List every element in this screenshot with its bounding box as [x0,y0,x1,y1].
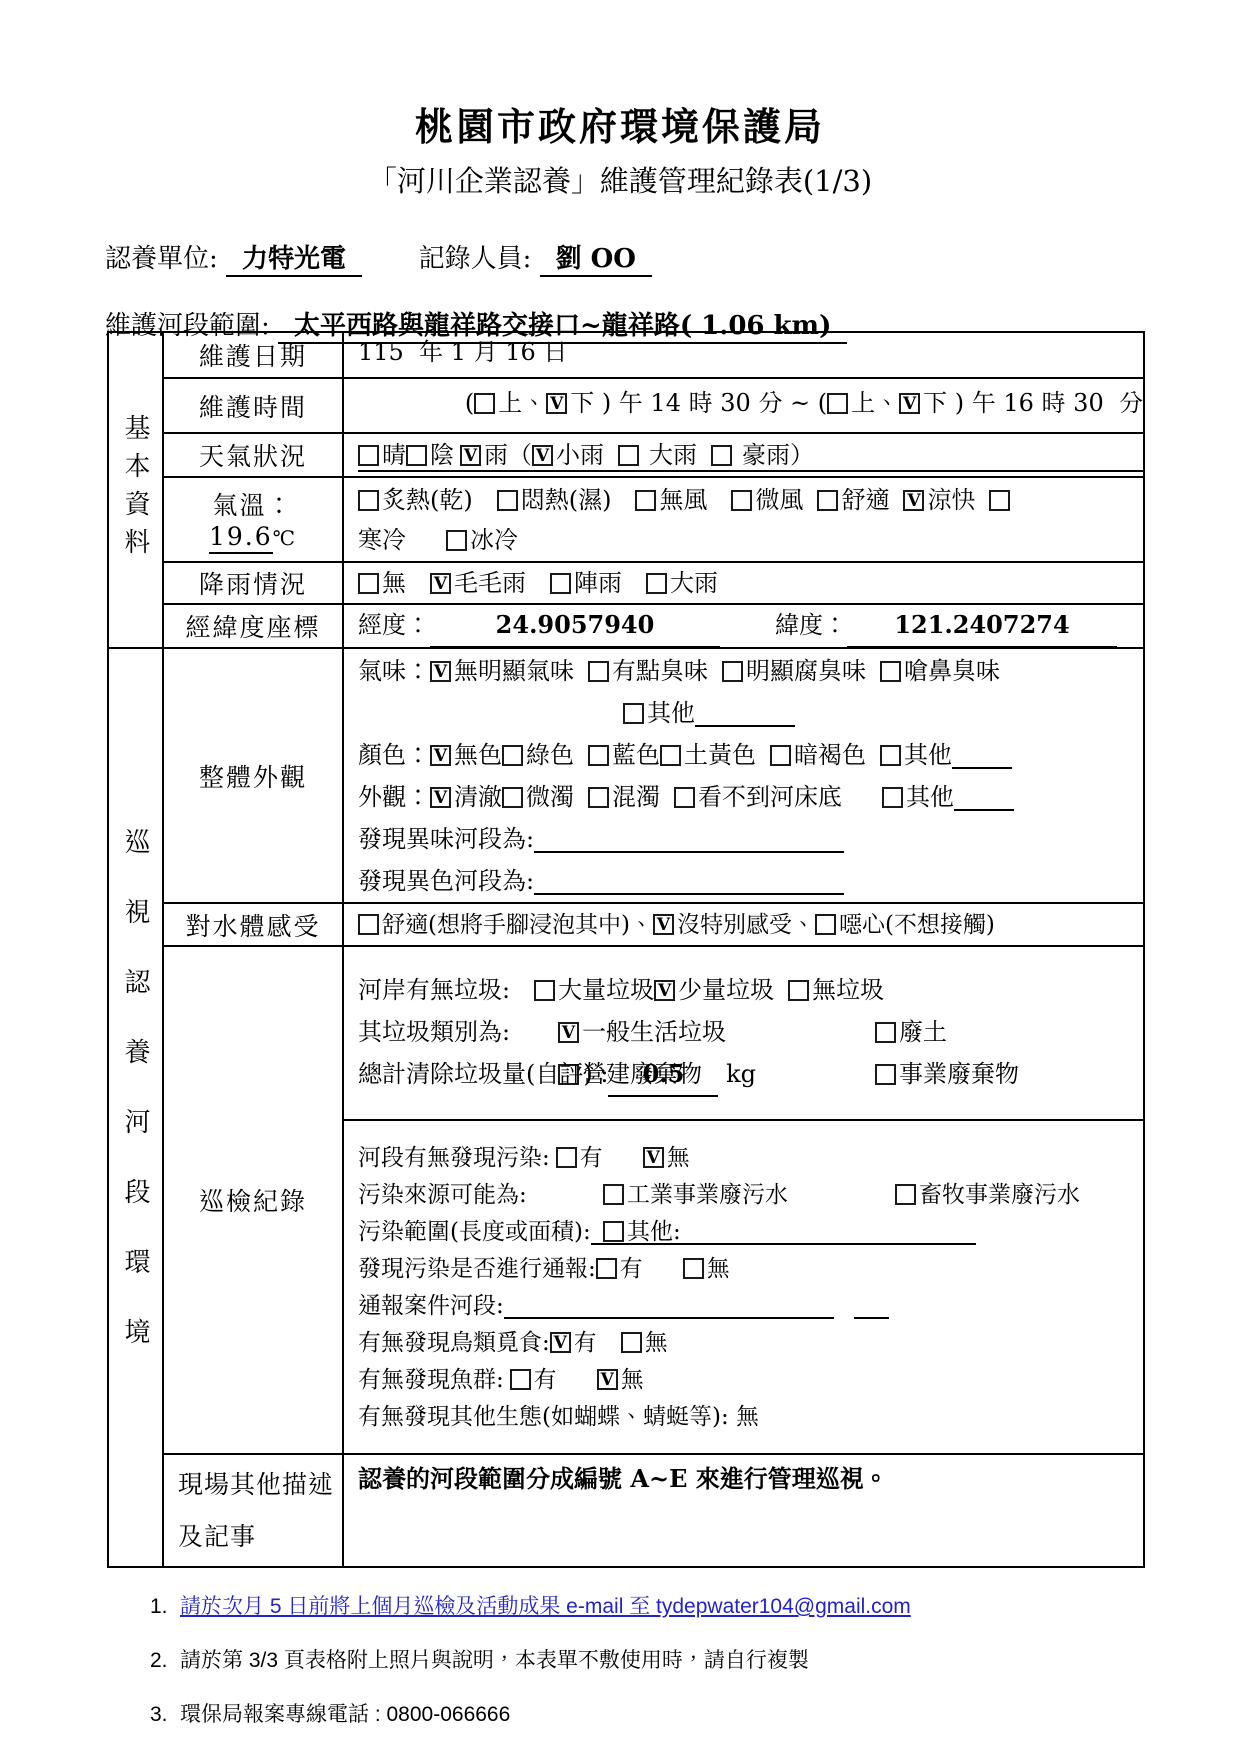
temperature-content: 炙熱(乾)悶熱(濕)無風微風舒適V涼快 寒冷冰冷 [344,478,1143,561]
look-slightly-turbid-label: 微濁 [526,783,574,811]
coordinates-label: 經緯度座標 [164,605,344,647]
email-report-link[interactable]: 請於次月 5 日前將上個月巡檢及活動成果 e-mail 至 tydepwater… [180,1590,911,1620]
checkbox-rain-none[interactable] [358,573,379,594]
trash-waste-soil-label: 廢土 [899,1018,947,1046]
temperature-label: 氣溫： [212,486,293,522]
fish-no-label: 無 [621,1367,644,1393]
checkbox-look-limpid[interactable]: V [430,787,451,808]
checkbox-time2-pm[interactable]: V [899,393,920,414]
checkbox-temp-cold[interactable] [989,490,1010,511]
other-ecology-line: 有無發現其他生態(如蝴蝶、蜻蜓等): 無 [358,1404,759,1430]
rain-heavy-label: 大雨 [670,569,718,597]
checkbox-trash-little[interactable]: V [654,980,675,1001]
pollution-block: 河段有無發現污染:有V無 污染來源可能為: 工業事業廢污水 畜牧事業廢污水 其他… [344,1119,1143,1453]
checkbox-rain-heavy[interactable] [646,573,667,594]
temp-windless-label: 無風 [659,486,707,514]
checkbox-weather-light-rain[interactable]: V [532,445,553,466]
checkbox-feel-comfortable[interactable] [358,914,379,935]
color-prefix: 顏色： [358,741,430,769]
temperature-value-line: 19.6℃ [209,522,297,554]
time-paren-open: ( [465,389,474,417]
bird-yes-label: 有 [574,1330,597,1356]
checkbox-smell-pungent[interactable] [880,661,901,682]
site-notes-value[interactable]: 認養的河段範圍分成編號 A~E 來進行管理巡視。 [358,1455,1137,1499]
pollution-range-blank2-field[interactable] [881,1219,916,1245]
weather-rain-label: 雨 [484,441,508,469]
checkbox-temp-breezy[interactable] [731,490,752,511]
checkbox-color-darkbrown[interactable] [770,745,791,766]
trash-household-label: 一般生活垃圾 [582,1018,726,1046]
unit-label: 認養單位: [105,244,218,274]
color-green-label: 綠色 [526,741,574,769]
footer-note-2-text: 請於第 3/3 頁表格附上照片與說明，本表單不敷使用時，請自行複製 [180,1644,809,1674]
footer-note-3: 3. 環保局報案專線電話 : 0800-066666 [150,1698,911,1728]
trash-type-prefix: 其垃圾類別為: [358,1018,510,1046]
header-line-unit: 認養單位: 力特光電 記錄人員: 劉 OO [0,238,1240,275]
time2-am-label: 上 [851,389,875,417]
latitude-value-field[interactable]: 121.2407274 [847,604,1117,648]
report-case-blank-field[interactable] [504,1293,834,1319]
look-other-label: 其他 [906,783,954,811]
smell-obvious-label: 明顯腐臭味 [746,657,866,685]
time2-rest: ) 午 16 時 30 分 [947,389,1143,417]
checkbox-look-slightly-turbid[interactable] [502,787,523,808]
checkbox-trash-household[interactable]: V [558,1022,579,1043]
time1-pm-label: 下 [570,389,594,417]
temp-cold-label: 寒冷 [358,526,406,554]
section-basic: 基本資料 維護日期 115 年 1 月 16 日 維護時間 (上、V下 ) 午 … [109,333,1143,647]
date-label: 維護日期 [164,333,344,377]
checkbox-smell-other[interactable] [623,703,644,724]
pollution-no-label: 無 [667,1145,690,1171]
temp-cool-label: 涼快 [927,486,975,514]
pollution-range-blank-field[interactable] [591,1219,861,1245]
rainfall-content: 無V毛毛雨陣雨大雨 [344,563,1143,603]
row-rainfall: 降雨情況 無V毛毛雨陣雨大雨 [164,561,1143,603]
report-case-blank2-field[interactable] [854,1293,889,1319]
time-content: (上、V下 ) 午 14 時 30 分 ~ (上、V下 ) 午 16 時 30 … [344,379,1143,432]
checkbox-time1-pm[interactable]: V [546,393,567,414]
rain-none-label: 無 [382,569,406,597]
odd-smell-label: 發現異味河段為: [358,825,534,853]
checkbox-trash-waste-soil[interactable] [875,1022,896,1043]
trash-lots-label: 大量垃圾 [558,976,654,1004]
footer-note-1-number: 1. [150,1595,180,1619]
weather-torrential-rain-label: 豪雨 [742,441,790,469]
row-maintenance-time: 維護時間 (上、V下 ) 午 14 時 30 分 ~ (上、V下 ) 午 16 … [164,377,1143,432]
recorder-value-field[interactable]: 劉 OO [540,244,652,277]
rain-showers-label: 陣雨 [574,569,622,597]
checkbox-color-green[interactable] [502,745,523,766]
checkbox-bird-yes[interactable]: V [550,1332,571,1353]
time1-rest: ) 午 14 時 30 分 ~ ( [594,389,827,417]
checkbox-weather-rain[interactable]: V [460,445,481,466]
row-overall-appearance: 整體外觀 氣味：V無明顯氣味有點臭味明顯腐臭味嗆鼻臭味 其他 顏色：V無色綠色藍… [164,649,1143,902]
checkbox-smell-slight[interactable] [588,661,609,682]
weather-paren-open: （ [508,441,532,469]
weather-cloudy-label: 陰 [430,441,454,469]
checkbox-bird-no[interactable] [621,1332,642,1353]
temperature-label-cell: 氣溫： 19.6℃ [164,478,344,561]
time1-am-label: 上 [498,389,522,417]
checkbox-temp-scorching[interactable] [358,490,379,511]
trash-none-label: 無垃圾 [812,976,884,1004]
row-temperature: 氣溫： 19.6℃ 炙熱(乾)悶熱(濕)無風微風舒適V涼快 寒冷冰冷 [164,476,1143,561]
time2-separator: 、 [875,389,899,417]
pollution-range-label: 污染範圍(長度或面積): [358,1219,591,1245]
look-limpid-label: 清澈 [454,783,502,811]
checkbox-time2-am[interactable] [827,393,848,414]
color-darkbrown-label: 暗褐色 [794,741,866,769]
checkbox-time1-am[interactable] [474,393,495,414]
temp-scorching-label: 炙熱(乾) [382,486,473,514]
weather-light-rain-label: 小雨 [556,441,604,469]
feel-comfortable-label: 舒適(想將手腳浸泡其中)、 [382,912,653,938]
rainfall-label: 降雨情況 [164,563,344,603]
color-other-blank-field[interactable] [952,743,1012,769]
site-notes-content: 認養的河段範圍分成編號 A~E 來進行管理巡視。 [344,1455,1143,1566]
patrol-record-label: 巡檢紀錄 [164,947,344,1453]
record-table: 基本資料 維護日期 115 年 1 月 16 日 維護時間 (上、V下 ) 午 … [107,331,1145,1568]
checkbox-feel-disgusted[interactable] [815,914,836,935]
checkbox-color-clear[interactable]: V [430,745,451,766]
footer-note-2-number: 2. [150,1649,180,1673]
site-notes-label: 現場其他描述及記事 [164,1455,344,1566]
checkbox-rain-showers[interactable] [550,573,571,594]
latitude-label: 緯度： [775,611,847,639]
footer-note-2: 2. 請於第 3/3 頁表格附上照片與說明，本表單不敷使用時，請自行複製 [150,1644,911,1674]
fish-prefix: 有無發現魚群: [358,1367,504,1393]
section-patrol: 巡視認養河段環境 整體外觀 氣味：V無明顯氣味有點臭味明顯腐臭味嗆鼻臭味 其他 … [109,647,1143,1566]
patrol-record-content: 河岸有無垃圾:大量垃圾V少量垃圾無垃圾 其垃圾類別為: V一般生活垃圾 廢土 營… [344,947,1143,1453]
water-feel-label: 對水體感受 [164,904,344,945]
checkbox-source-industrial-wastewater[interactable] [603,1184,624,1205]
unit-value-field[interactable]: 力特光電 [226,244,362,277]
page-title: 桃園市政府環境保護局 [0,0,1240,151]
checkbox-temp-freezing[interactable] [446,530,467,551]
temp-freezing-label: 冰冷 [470,526,518,554]
checkbox-fish-yes[interactable] [510,1369,531,1390]
smell-pungent-label: 嗆鼻臭味 [904,657,1000,685]
temp-breezy-label: 微風 [755,486,803,514]
time-label: 維護時間 [164,379,344,432]
look-no-riverbed-label: 看不到河床底 [698,783,842,811]
checkbox-smell-obvious[interactable] [722,661,743,682]
pollution-yes-label: 有 [580,1145,603,1171]
checkbox-report-no[interactable] [683,1258,704,1279]
time1-separator: 、 [522,389,546,417]
pollution-prefix: 河段有無發現污染: [358,1145,550,1171]
weather-sunny-label: 晴 [382,441,406,469]
row-weather: 天氣狀況 晴陰V雨（V小雨大雨豪雨） [164,432,1143,476]
source-livestock-wastewater-label: 畜牧事業廢污水 [919,1182,1080,1208]
feel-neutral-label: 沒特別感受、 [677,912,815,938]
rain-drizzle-label: 毛毛雨 [454,569,526,597]
checkbox-weather-heavy-rain[interactable] [618,445,639,466]
smell-slight-label: 有點臭味 [612,657,708,685]
checkbox-color-blue[interactable] [588,745,609,766]
checkbox-trash-none[interactable] [788,980,809,1001]
checkbox-temp-muggy[interactable] [497,490,518,511]
odd-smell-blank-field[interactable] [534,827,844,853]
weather-heavy-rain-label: 大雨 [649,441,697,469]
feel-disgusted-label: 噁心(不想接觸) [839,912,995,938]
color-clear-label: 無色 [454,741,502,769]
pollution-source-prefix: 污染來源可能為: [358,1182,527,1208]
report-yes-label: 有 [620,1256,643,1282]
bird-prefix: 有無發現鳥類覓食: [358,1330,550,1356]
odd-color-blank-field[interactable] [534,869,844,895]
appearance-content: 氣味：V無明顯氣味有點臭味明顯腐臭味嗆鼻臭味 其他 顏色：V無色綠色藍色土黃色暗… [344,649,1143,902]
weather-label: 天氣狀況 [164,434,344,476]
temp-muggy-label: 悶熱(濕) [521,486,612,514]
section-basic-label-cell: 基本資料 [109,333,164,647]
checkbox-report-yes[interactable] [596,1258,617,1279]
checkbox-source-livestock-wastewater[interactable] [895,1184,916,1205]
color-yellow-label: 土黃色 [684,741,756,769]
smell-none-label: 無明顯氣味 [454,657,574,685]
footer-notes: 1. 請於次月 5 日前將上個月巡檢及活動成果 e-mail 至 tydepwa… [150,1590,911,1752]
checkbox-temp-windless[interactable] [635,490,656,511]
weather-paren-close: ） [790,441,814,469]
checkbox-rain-drizzle[interactable]: V [430,573,451,594]
coordinates-content: 經度：24.9057940緯度：121.2407274 [344,605,1143,647]
checkbox-fish-no[interactable]: V [597,1369,618,1390]
smell-other-blank-field[interactable] [695,701,795,727]
page-subtitle: 「河川企業認養」維護管理紀錄表(1/3) [0,159,1240,200]
checkbox-look-other[interactable] [882,787,903,808]
row-coordinates: 經緯度座標 經度：24.9057940緯度：121.2407274 [164,603,1143,647]
report-no-label: 無 [707,1256,730,1282]
source-industrial-wastewater-label: 工業事業廢污水 [627,1182,788,1208]
section-patrol-label-cell: 巡視認養河段環境 [109,649,164,1566]
form-page: 桃園市政府環境保護局 「河川企業認養」維護管理紀錄表(1/3) 認養單位: 力特… [0,0,1240,1754]
row-patrol-record: 巡檢紀錄 河岸有無垃圾:大量垃圾V少量垃圾無垃圾 其垃圾類別為: V一般生活垃圾… [164,945,1143,1453]
time2-pm-label: 下 [923,389,947,417]
trash-little-label: 少量垃圾 [678,976,774,1004]
temperature-unit: ℃ [273,526,297,550]
pollution-report-prefix: 發現污染是否進行通報: [358,1256,596,1282]
recorder-label: 記錄人員: [419,244,532,274]
trash-total-value-field[interactable]: 0.5 [608,1053,718,1097]
footer-note-3-number: 3. [150,1703,180,1727]
trash-total-label: 總計清除垃圾量(自評) : [358,1060,608,1088]
checkbox-color-other[interactable] [880,745,901,766]
checkbox-weather-sunny[interactable] [358,445,379,466]
longitude-label: 經度： [358,611,430,639]
section-patrol-rows: 整體外觀 氣味：V無明顯氣味有點臭味明顯腐臭味嗆鼻臭味 其他 顏色：V無色綠色藍… [164,649,1143,1566]
look-prefix: 外觀： [358,783,430,811]
checkbox-smell-none[interactable]: V [430,661,451,682]
checkbox-look-turbid[interactable] [588,787,609,808]
report-case-label: 通報案件河段: [358,1293,504,1319]
section-basic-label: 基本資料 [117,414,154,566]
checkbox-feel-neutral[interactable]: V [653,914,674,935]
row-water-feel: 對水體感受 舒適(想將手腳浸泡其中)、V沒特別感受、噁心(不想接觸) [164,902,1143,945]
color-blue-label: 藍色 [612,741,660,769]
look-other-blank-field[interactable] [954,785,1014,811]
smell-other-label: 其他 [647,699,695,727]
color-other-label: 其他 [904,741,952,769]
checkbox-temp-cool[interactable]: V [903,490,924,511]
bird-no-label: 無 [645,1330,668,1356]
temperature-value-field[interactable]: 19.6 [209,522,273,554]
checkbox-temp-comfortable[interactable] [817,490,838,511]
checkbox-color-yellow[interactable] [660,745,681,766]
trash-prefix: 河岸有無垃圾: [358,976,510,1004]
checkbox-weather-torrential-rain[interactable] [711,445,732,466]
appearance-label: 整體外觀 [164,649,344,902]
checkbox-trash-lots[interactable] [534,980,555,1001]
footer-note-1: 1. 請於次月 5 日前將上個月巡檢及活動成果 e-mail 至 tydepwa… [150,1590,911,1620]
checkbox-pollution-no[interactable]: V [643,1147,664,1168]
checkbox-pollution-yes[interactable] [556,1147,577,1168]
section-basic-rows: 維護日期 115 年 1 月 16 日 維護時間 (上、V下 ) 午 14 時 … [164,333,1143,647]
longitude-value-field[interactable]: 24.9057940 [430,604,720,648]
temp-comfortable-label: 舒適 [841,486,889,514]
look-turbid-label: 混濁 [612,783,660,811]
footer-note-3-text: 環保局報案專線電話 : 0800-066666 [180,1698,510,1728]
section-patrol-label: 巡視認養河段環境 [117,828,154,1388]
smell-prefix: 氣味： [358,657,430,685]
row-site-notes: 現場其他描述及記事 認養的河段範圍分成編號 A~E 來進行管理巡視。 [164,1453,1143,1566]
checkbox-weather-cloudy[interactable] [406,445,427,466]
trash-total-unit: kg [726,1060,756,1088]
weather-content: 晴陰V雨（V小雨大雨豪雨） [344,434,1143,476]
water-feel-content: 舒適(想將手腳浸泡其中)、V沒特別感受、噁心(不想接觸) [344,904,1143,945]
checkbox-look-no-riverbed[interactable] [674,787,695,808]
odd-color-label: 發現異色河段為: [358,867,534,895]
trash-block: 河岸有無垃圾:大量垃圾V少量垃圾無垃圾 其垃圾類別為: V一般生活垃圾 廢土 營… [344,947,1143,1119]
fish-yes-label: 有 [534,1367,557,1393]
